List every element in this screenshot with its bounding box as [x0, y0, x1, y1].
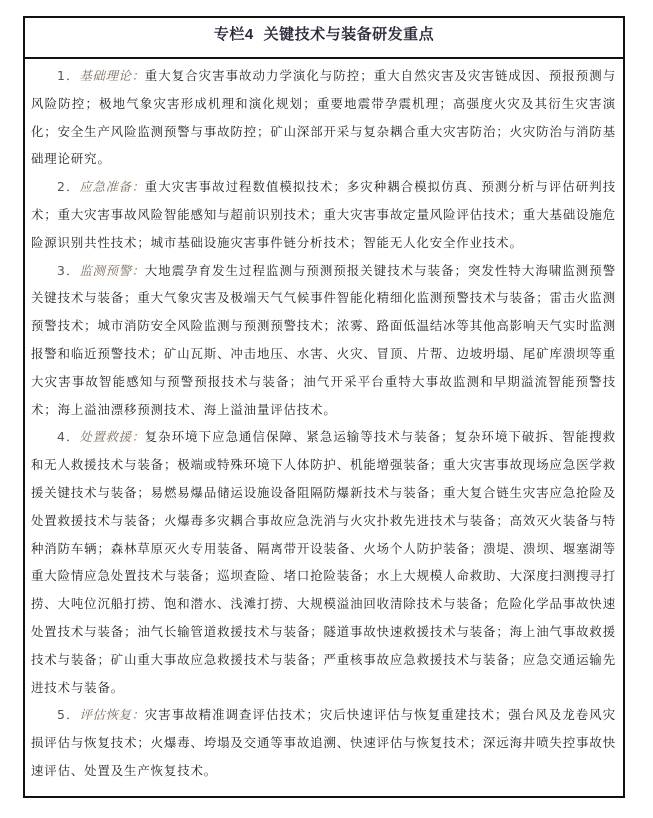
item-text: 大地震孕育发生过程监测与预测预报关键技术与装备；突发性特大海啸监测预警关键技术与… — [31, 263, 616, 417]
item-label: 评估恢复： — [79, 707, 144, 722]
box-title-prefix: 专栏4 — [214, 26, 254, 43]
item-number: 5． — [57, 707, 79, 722]
item-label: 监测预警： — [79, 263, 144, 278]
item-number: 2． — [57, 179, 79, 194]
item-label: 处置救援： — [79, 429, 144, 444]
item-rescue-response: 4．处置救援：复杂环境下应急通信保障、紧急运输等技术与装备；复杂环境下破拆、智能… — [31, 423, 616, 701]
box-title-text: 关键技术与装备研发重点 — [264, 26, 435, 43]
item-assessment-recovery: 5．评估恢复：灾害事故精准调查评估技术；灾后快速评估与恢复重建技术；强台风及龙卷… — [31, 701, 616, 784]
item-basic-theory: 1．基础理论：重大复合灾害事故动力学演化与防控；重大自然灾害及灾害链成因、预报预… — [31, 62, 616, 173]
box-title: 专栏4关键技术与装备研发重点 — [214, 26, 434, 43]
item-text: 复杂环境下应急通信保障、紧急运输等技术与装备；复杂环境下破拆、智能搜救和无人救援… — [31, 429, 616, 694]
item-monitoring-warning: 3．监测预警：大地震孕育发生过程监测与预测预报关键技术与装备；突发性特大海啸监测… — [31, 257, 616, 424]
box-header: 专栏4关键技术与装备研发重点 — [25, 18, 623, 59]
column-box: 专栏4关键技术与装备研发重点 1．基础理论：重大复合灾害事故动力学演化与防控；重… — [23, 16, 625, 798]
item-label: 应急准备： — [79, 179, 144, 194]
item-emergency-preparation: 2．应急准备：重大灾害事故过程数值模拟技术；多灾种耦合模拟仿真、预测分析与评估研… — [31, 173, 616, 256]
item-number: 3． — [57, 263, 79, 278]
item-label: 基础理论： — [79, 68, 144, 83]
item-number: 1． — [57, 68, 79, 83]
item-number: 4． — [57, 429, 79, 444]
box-body: 1．基础理论：重大复合灾害事故动力学演化与防控；重大自然灾害及灾害链成因、预报预… — [25, 59, 623, 785]
